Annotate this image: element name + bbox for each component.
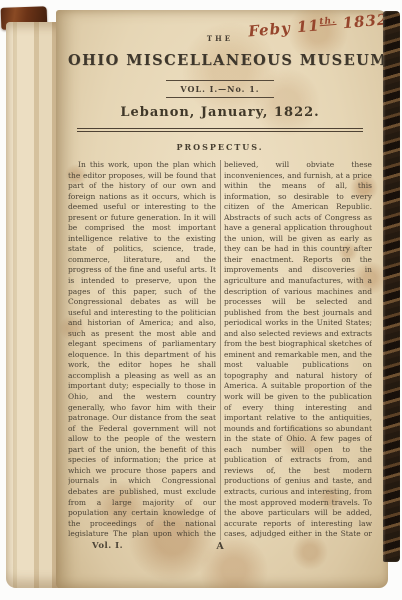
column-divider-rule [220, 160, 221, 540]
section-heading: PROSPECTUS. [68, 142, 372, 152]
masthead-volume: VOL. I.—No. 1. [68, 84, 372, 94]
signature-mark: A [216, 541, 223, 552]
rule-below-volume [166, 97, 274, 98]
handwritten-date-ordinal: th. [319, 16, 337, 27]
page-footer: Vol. I. A [68, 541, 372, 553]
masthead-imprint: Lebanon, January, 1822. [68, 105, 372, 120]
marbled-cover-edge [383, 11, 400, 562]
printed-block: THE OHIO MISCELLANEOUS MUSEUM. VOL. I.—N… [68, 34, 372, 553]
footer-volume: Vol. I. [92, 541, 123, 551]
double-rule [77, 128, 363, 132]
masthead-title: OHIO MISCELLANEOUS MUSEUM. [68, 52, 372, 69]
rule-above-volume [166, 80, 274, 81]
body-columns: In this work, upon the plan which the ed… [68, 160, 372, 540]
masthead-the: THE [68, 34, 372, 43]
book-photo: Feby 11th. 1832 THE OHIO MISCELLANEOUS M… [0, 0, 402, 600]
right-column-text: believed, will obviate these inconvenien… [224, 160, 372, 540]
volume-rule-group: VOL. I.—No. 1. [68, 80, 372, 98]
title-page: Feby 11th. 1832 THE OHIO MISCELLANEOUS M… [56, 10, 388, 588]
left-column-text: In this work, upon the plan which the ed… [68, 160, 216, 540]
handwritten-date-year: 1832 [336, 10, 389, 32]
